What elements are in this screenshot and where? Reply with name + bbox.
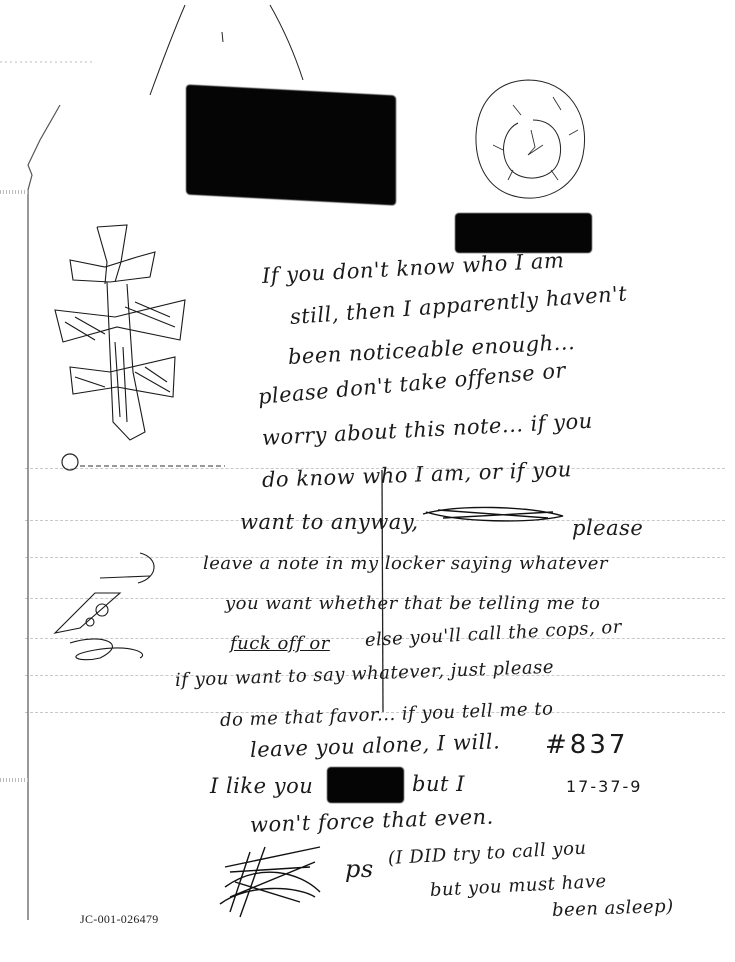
scanned-note-page: If you don't know who I am still, then I… [0, 0, 735, 962]
locker-combination: 17-37-9 [566, 777, 642, 796]
redaction-block [186, 84, 396, 205]
note-line: I like you [210, 774, 313, 798]
initial-monogram-icon [40, 548, 160, 658]
note-line: fuck off or [230, 633, 330, 654]
bates-number: JC-001-026479 [80, 912, 159, 927]
scribble-icon [220, 842, 330, 922]
note-line: leave a note in my locker saying whateve… [203, 553, 608, 574]
postscript-prefix: ps [345, 855, 374, 883]
locker-number: #837 [545, 730, 628, 760]
double-cross-icon [55, 222, 195, 442]
redaction-block [455, 213, 592, 253]
postscript-line: been asleep) [552, 896, 674, 921]
note-line: want to anyway, [240, 510, 419, 534]
scribble-icon [418, 504, 568, 526]
note-line: please [572, 516, 643, 540]
redaction-block [327, 767, 404, 803]
note-line: you want whether that be telling me to [225, 593, 600, 614]
spiral-circle-icon [473, 75, 593, 205]
note-line: but I [412, 772, 465, 796]
